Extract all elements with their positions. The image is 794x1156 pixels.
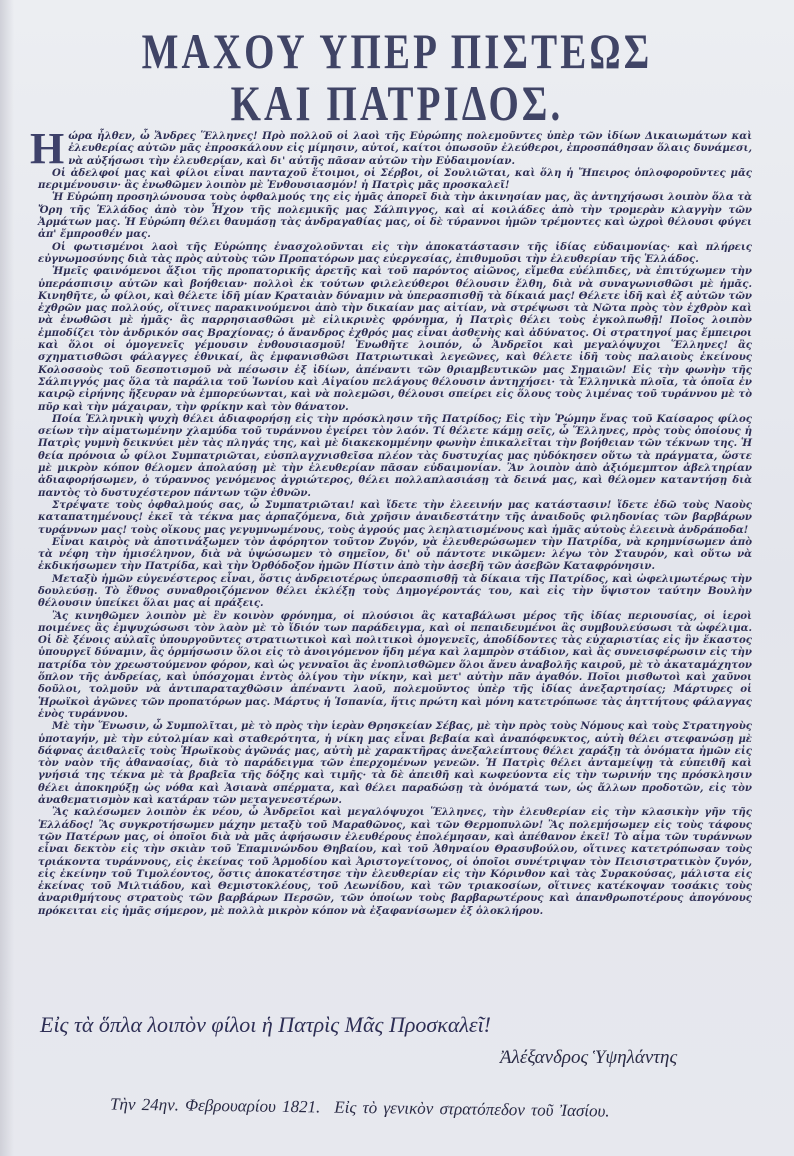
paragraph: Εἶναι καιρὸς νὰ ἀποτινάξωμεν τὸν ἀφόρητο…: [38, 536, 752, 573]
paragraph: Ἂς καλέσωμεν λοιπὸν ἐκ νέου, ὦ Ἀνδρεῖοι …: [38, 806, 752, 917]
title-line-2: ΚΑΙ ΠΑΤΡΙΔΟΣ.: [87, 74, 706, 132]
date: Τὴν 24ην. Φεβρουαρίου 1821.: [110, 1095, 321, 1117]
paragraph: Οἱ ἀδελφοί μας καὶ φίλοι εἶναι πανταχοῦ …: [38, 167, 752, 192]
paragraph: Μεταξὺ ἡμῶν εὐγενέστερος εἶναι, ὅστις ἀν…: [38, 573, 752, 610]
closing-call-to-arms: Εἰς τὰ ὅπλα λοιπὸν φίλοι ἡ Πατρὶς Μᾶς Πρ…: [40, 1012, 491, 1038]
drop-cap: Η: [30, 130, 64, 166]
paragraph: Ηώρα ἦλθεν, ὦ Ἄνδρες Ἕλληνες! Πρὸ πολλοῦ…: [38, 130, 752, 167]
dateline: Τὴν 24ην. Φεβρουαρίου 1821.Εἰς τὸ γενικὸ…: [110, 1095, 610, 1122]
paragraph: Μὲ τὴν Ἕνωσιν, ὦ Συμπολῖται, μὲ τὸ πρὸς …: [38, 720, 752, 806]
paragraph: Ἡμεῖς φαινόμενοι ἄξιοι τῆς προπατορικῆς …: [38, 265, 752, 413]
signature: Ἀλέξανδρος Ὑψηλάντης: [500, 1047, 677, 1069]
proclamation-body: Ηώρα ἦλθεν, ὦ Ἄνδρες Ἕλληνες! Πρὸ πολλοῦ…: [38, 130, 752, 917]
title-line-1: ΜΑΧΟΥ ΥΠΕΡ ΠΙΣΤΕΩΣ: [87, 22, 706, 80]
paragraph: Ἂς κινηθῶμεν λοιπὸν μὲ ἓν κοινὸν φρόνημα…: [38, 610, 752, 721]
place: Εἰς τὸ γενικὸν στρατόπεδον τοῦ Ἰασίου.: [334, 1098, 610, 1121]
paragraph: Οἱ φωτισμένοι λαοὶ τῆς Εὐρώπης ἐνασχολοῦ…: [38, 241, 752, 266]
paragraph: Στρέψατε τοὺς ὀφθαλμούς σας, ὦ Συμπατριῶ…: [38, 499, 752, 536]
proclamation-page: ΜΑΧΟΥ ΥΠΕΡ ΠΙΣΤΕΩΣ ΚΑΙ ΠΑΤΡΙΔΟΣ. Ηώρα ἦλ…: [0, 0, 794, 1156]
paragraph: Ποία Ἑλληνικὴ ψυχὴ θέλει ἀδιαφορήσῃ εἰς …: [38, 413, 752, 499]
paragraph: Ἡ Εὐρώπη προσηλώνουσα τοὺς ὀφθαλμούς της…: [38, 191, 752, 240]
